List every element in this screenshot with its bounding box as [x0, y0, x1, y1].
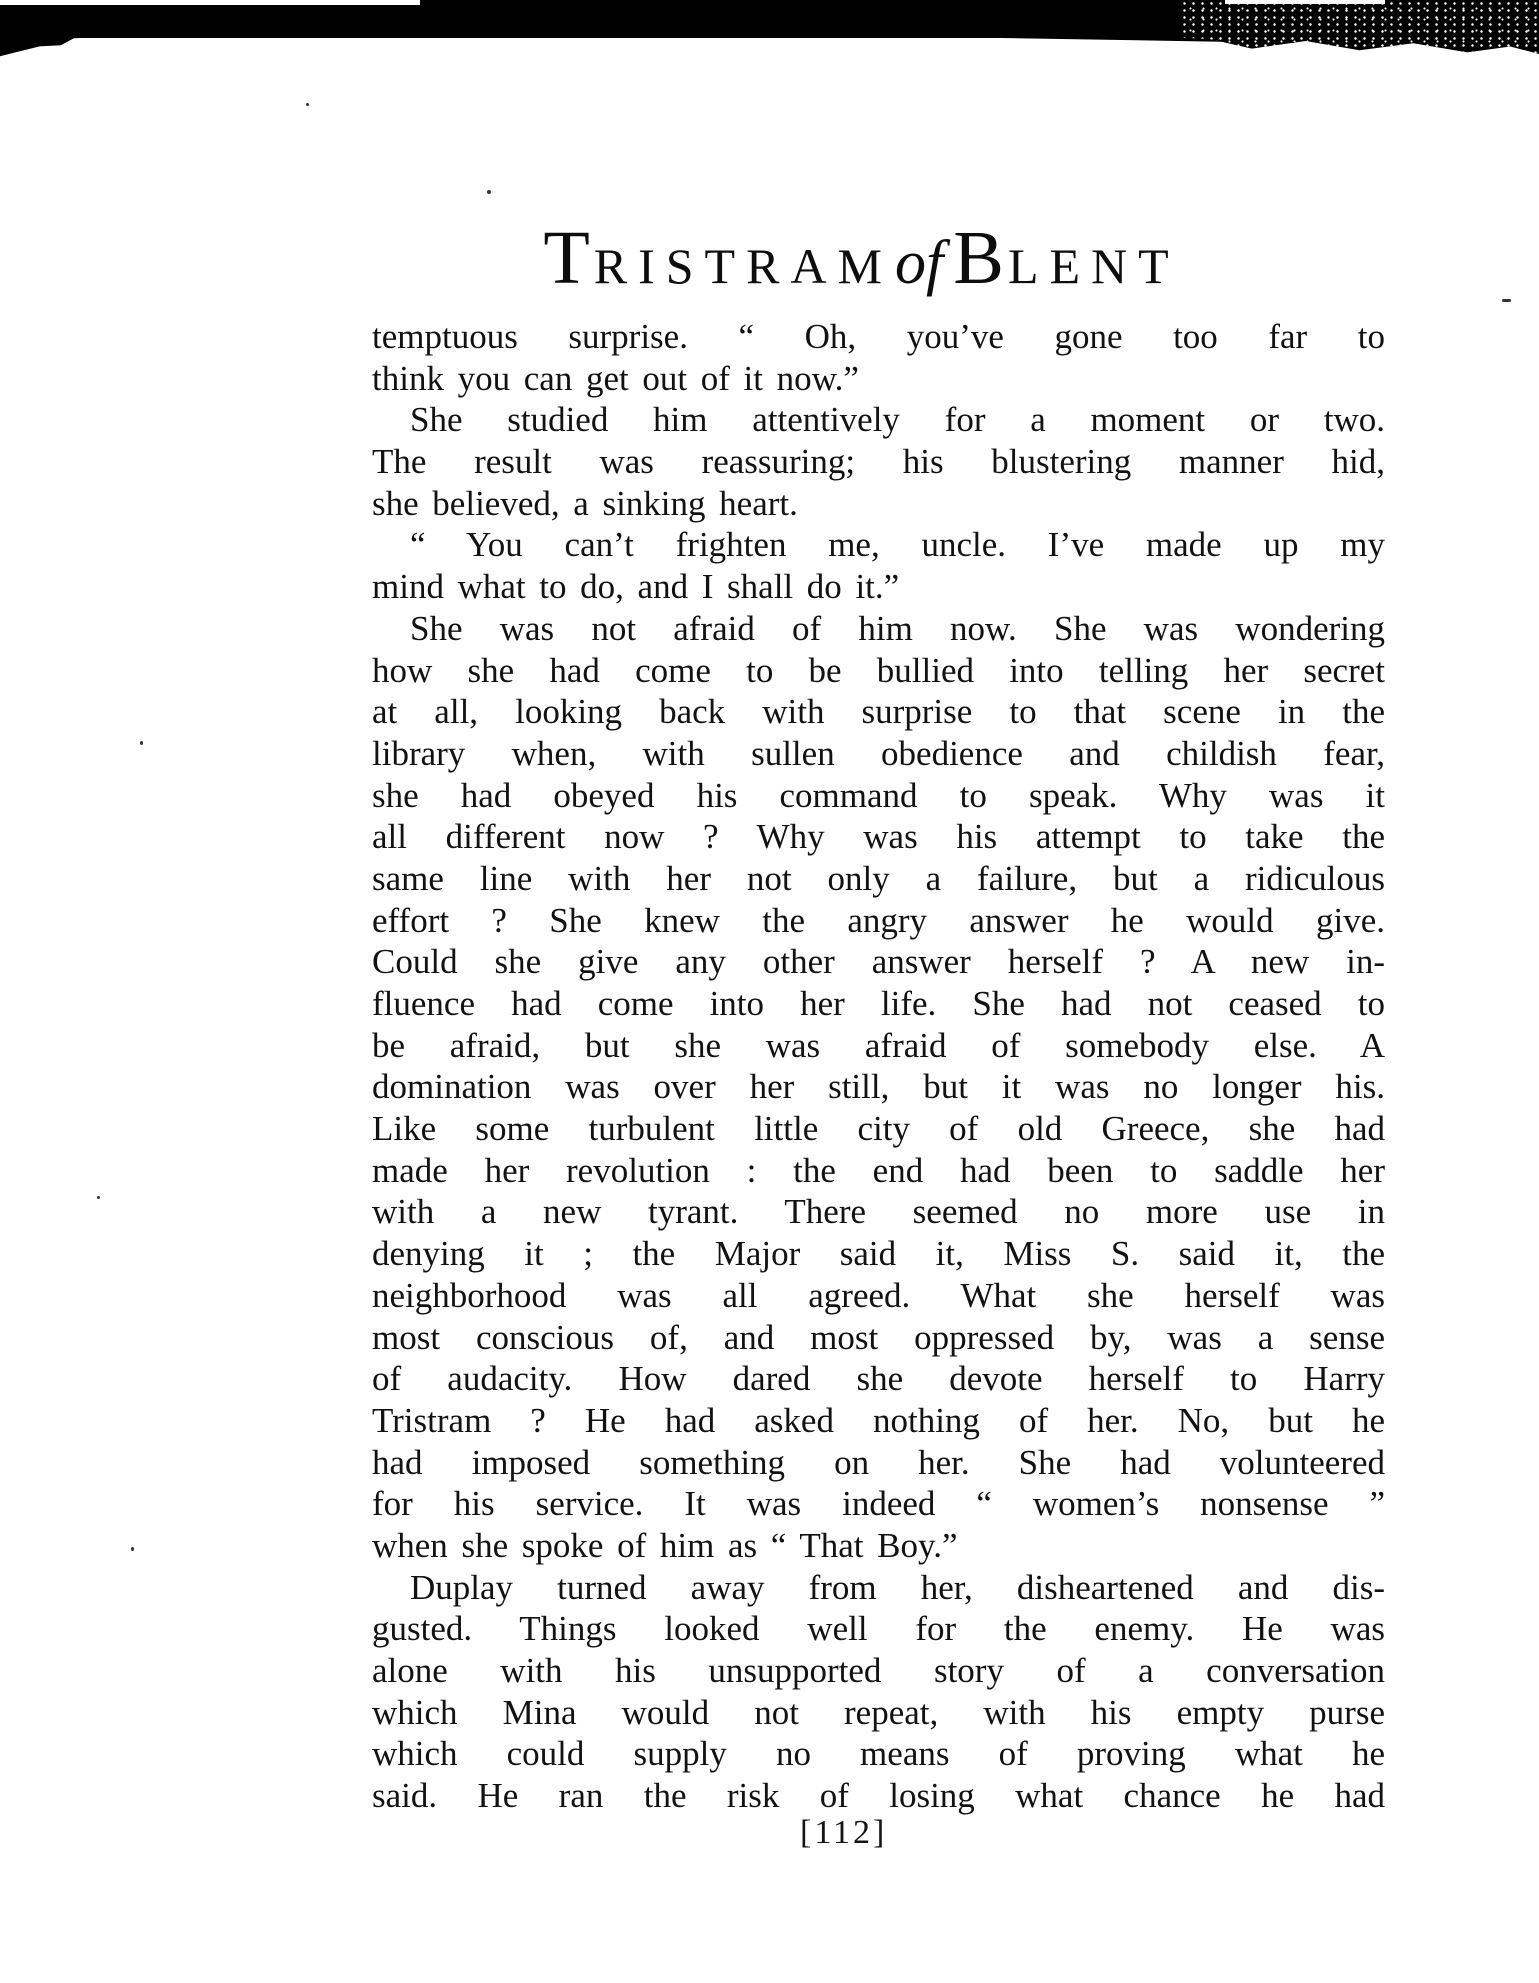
text-line: had imposed something on her. She had vo…: [372, 1442, 1385, 1484]
scan-artifact-left-corner: [0, 0, 132, 58]
text-line: how she had come to be bullied into tell…: [372, 650, 1385, 692]
title-of-word: of: [895, 229, 943, 297]
text-line: she had obeyed his command to speak. Why…: [372, 775, 1385, 817]
scan-speck: [1502, 299, 1511, 302]
text-line: alone with his unsupported story of a co…: [372, 1650, 1385, 1692]
text-line: Tristram ? He had asked nothing of her. …: [372, 1400, 1385, 1442]
body-text: temptuous surprise. “ Oh, you’ve gone to…: [372, 316, 1385, 1817]
text-line: she believed, a sinking heart.: [372, 483, 1385, 525]
text-line: same line with her not only a failure, b…: [372, 858, 1385, 900]
text-line: most conscious of, and most oppressed by…: [372, 1317, 1385, 1359]
text-line: effort ? She knew the angry answer he wo…: [372, 900, 1385, 942]
title-rest-blent: LENT: [1008, 238, 1180, 294]
text-line: at all, looking back with surprise to th…: [372, 691, 1385, 733]
text-line: She was not afraid of him now. She was w…: [372, 608, 1385, 650]
scan-artifact-right-noise: [1180, 0, 1539, 54]
scan-artifact-white-notch: [1225, 0, 1385, 4]
text-line: which Mina would not repeat, with his em…: [372, 1692, 1385, 1734]
text-line: library when, with sullen obedience and …: [372, 733, 1385, 775]
text-line: mind what to do, and I shall do it.”: [372, 566, 1385, 608]
text-line: Could she give any other answer herself …: [372, 941, 1385, 983]
title-initial-b: B: [953, 216, 1008, 300]
text-line: temptuous surprise. “ Oh, you’ve gone to…: [372, 316, 1385, 358]
text-line: said. He ran the risk of losing what cha…: [372, 1775, 1385, 1817]
page-title: TRISTRAMofBLENT: [92, 220, 1539, 296]
scan-speck: [306, 103, 309, 106]
text-line: “ You can’t frighten me, uncle. I’ve mad…: [372, 524, 1385, 566]
text-line: with a new tyrant. There seemed no more …: [372, 1191, 1385, 1233]
scan-artifact-white-notch: [0, 0, 420, 5]
text-line: denying it ; the Major said it, Miss S. …: [372, 1233, 1385, 1275]
text-line: She studied him attentively for a moment…: [372, 399, 1385, 441]
title-rest-tristram: RISTRAM: [594, 238, 893, 294]
text-line: Like some turbulent little city of old G…: [372, 1108, 1385, 1150]
text-line: gusted. Things looked well for the enemy…: [372, 1608, 1385, 1650]
text-line: The result was reassuring; his blusterin…: [372, 441, 1385, 483]
text-line: made her revolution : the end had been t…: [372, 1150, 1385, 1192]
text-line: all different now ? Why was his attempt …: [372, 816, 1385, 858]
text-line: of audacity. How dared she devote hersel…: [372, 1358, 1385, 1400]
text-line: which could supply no means of proving w…: [372, 1733, 1385, 1775]
page-number: [112]: [800, 1814, 887, 1852]
text-line: be afraid, but she was afraid of somebod…: [372, 1025, 1385, 1067]
text-line: for his service. It was indeed “ women’s…: [372, 1483, 1385, 1525]
scan-speck: [97, 1196, 100, 1199]
text-line: Duplay turned away from her, disheartene…: [372, 1567, 1385, 1609]
scanned-book-page: { "header": { "title_t_initial": "T", "t…: [0, 0, 1539, 1983]
scan-speck: [487, 190, 491, 194]
title-initial-t: T: [543, 216, 593, 300]
text-line: domination was over her still, but it wa…: [372, 1066, 1385, 1108]
text-line: fluence had come into her life. She had …: [372, 983, 1385, 1025]
scan-speck: [140, 741, 143, 745]
text-line: neighborhood was all agreed. What she he…: [372, 1275, 1385, 1317]
scan-speck: [131, 1547, 134, 1551]
text-line: when she spoke of him as “ That Boy.”: [372, 1525, 1385, 1567]
text-line: think you can get out of it now.”: [372, 358, 1385, 400]
